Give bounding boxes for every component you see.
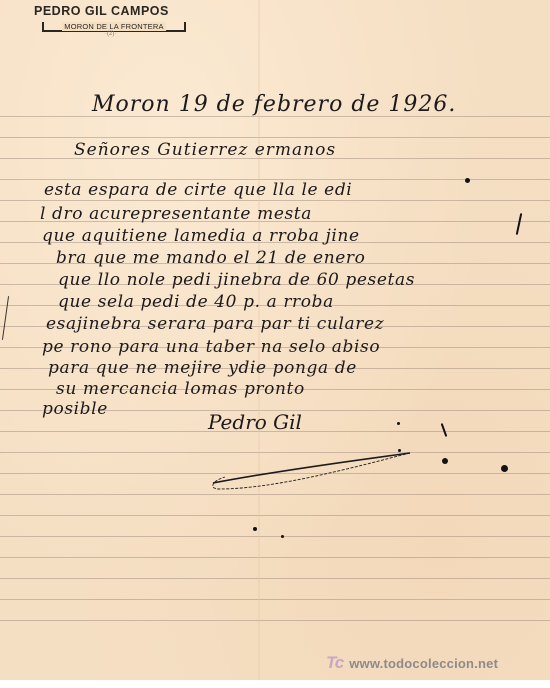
greeting: Señores Gutierrez ermanos: [74, 140, 336, 160]
ink-spot: [398, 449, 401, 452]
body-line: esajinebra serara para par ti cularez: [46, 314, 384, 334]
watermark-logo-icon: Tc: [326, 653, 343, 673]
watermark: Tc www.todocoleccion.net: [326, 653, 498, 673]
signature: Pedro Gil: [208, 410, 302, 434]
body-line: posible: [42, 399, 108, 419]
paper-sheet: PEDRO GIL CAMPOS MORON DE LA FRONTERA ·(…: [0, 0, 550, 680]
body-line: bra que me mando el 21 de enero: [56, 248, 365, 268]
letterhead-location: MORON DE LA FRONTERA: [62, 22, 165, 31]
body-line: que llo nole pedi jinebra de 60 pesetas: [58, 270, 415, 290]
letterhead-mark: ·(2)·: [105, 31, 116, 37]
body-line: pe rono para una taber na selo abiso: [42, 337, 380, 357]
body-line: su mercancia lomas pronto: [56, 379, 305, 399]
body-line: que sela pedi de 40 p. a rroba: [58, 292, 334, 312]
ink-spot: [465, 178, 470, 183]
ink-spot: [281, 535, 284, 538]
scan-border: [0, 680, 550, 688]
ink-spot: [501, 465, 508, 472]
body-line: para que ne mejire ydie ponga de: [48, 358, 357, 378]
ink-spot: [253, 527, 257, 531]
letterhead-name: PEDRO GIL CAMPOS: [34, 4, 169, 18]
body-line: esta espara de cirte que lla le edi: [44, 180, 352, 200]
letter-scan: PEDRO GIL CAMPOS MORON DE LA FRONTERA ·(…: [0, 0, 550, 688]
body-line: l dro acurepresentante mesta: [40, 204, 312, 224]
ink-spot: [442, 458, 448, 464]
signature-flourish: [205, 445, 425, 495]
watermark-url: www.todocoleccion.net: [349, 656, 498, 671]
body-line: que aquitiene lamedia a rroba jine: [42, 226, 360, 246]
dateline: Moron 19 de febrero de 1926.: [92, 92, 456, 117]
ink-spot: [397, 422, 400, 425]
